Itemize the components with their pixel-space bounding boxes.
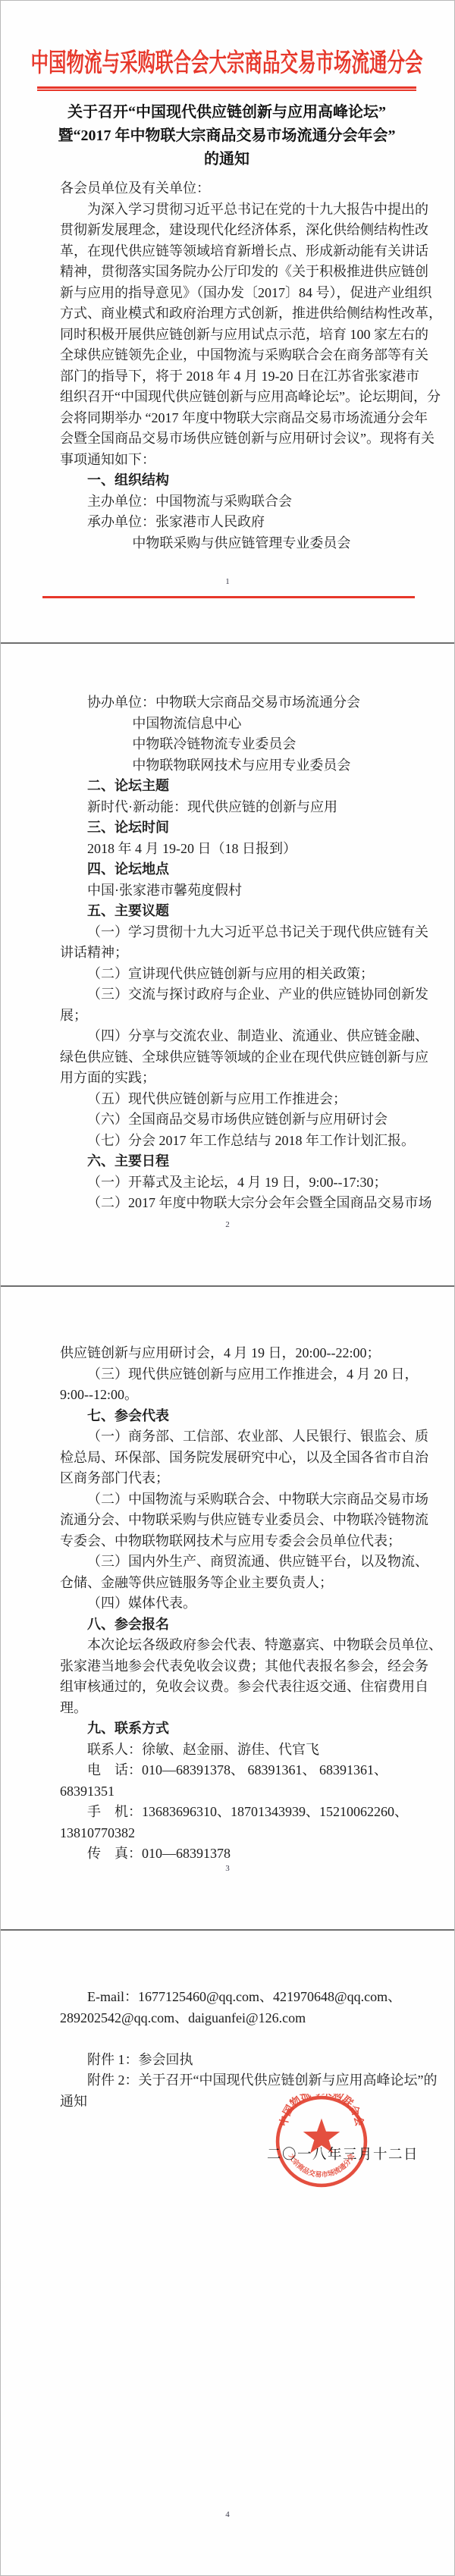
text-line: 区商务部门代表； — [60, 1468, 394, 1489]
issue-date: 二〇一八年三月十二日 — [267, 2144, 419, 2163]
page-number: 2 — [1, 1220, 454, 1229]
text-line: 讲话精神； — [60, 943, 394, 964]
notice-title-line: 暨“2017 年中物联大宗商品交易市场流通分会年会” — [27, 124, 427, 148]
text-line: 为深入学习贯彻习近平总书记在党的十九大报告中提出的 — [60, 199, 394, 221]
notice-title: 关于召开“中国现代供应链创新与应用高峰论坛” 暨“2017 年中物联大宗商品交易… — [60, 101, 394, 171]
text-line: 新时代·新动能：现代供应链的创新与应用 — [60, 797, 394, 818]
salutation: 各会员单位及有关单位： — [60, 178, 394, 199]
text-line: （一）商务部、工信部、农业部、人民银行、银监会、质 — [60, 1426, 394, 1448]
text-line: （一）学习贯彻十九大习近平总书记关于现代供应链有关 — [60, 922, 394, 943]
page-number: 3 — [1, 1864, 454, 1873]
text-line: 用方面的实践； — [60, 1068, 394, 1089]
text-line: 中物联采购与供应链管理专业委员会 — [60, 533, 394, 554]
text-line: （三）交流与探讨政府与企业、产业的供应链协同创新发 — [60, 984, 394, 1006]
page-2: 协办单位：中物联大宗商品交易市场流通分会 中国物流信息中心 中物联冷链物流专业委… — [1, 644, 454, 1285]
contact-person-line: 联系人：徐敏、赵金丽、游佳、代官飞 — [60, 1740, 394, 1761]
page-number: 1 — [1, 577, 454, 586]
section-heading: 五、主要议题 — [60, 901, 394, 922]
text-line: 9:00--12:00。 — [60, 1385, 394, 1406]
section-heading: 三、论坛时间 — [60, 817, 394, 839]
text-line: 展； — [60, 1006, 394, 1027]
text-line: 供应链创新与应用研讨会，4 月 19 日，20:00--22:00； — [60, 1343, 394, 1364]
text-line: （三）国内外生产、商贸流通、供应链平台，以及物流、 — [60, 1552, 394, 1573]
text-line: 本次论坛各级政府参会代表、特邀嘉宾、中物联会员单位、 — [60, 1635, 394, 1656]
page-4: E-mail：1677125460@qq.com、421970648@qq.co… — [1, 1931, 454, 2575]
section-heading: 一、组织结构 — [60, 470, 394, 491]
mobile-line: 手 机：13683696310、18701343939、15210062260、 — [60, 1802, 394, 1823]
letterhead-divider — [37, 86, 416, 91]
text-line: 检总局、环保部、国务院发展研究中心，以及全国各省市自治 — [60, 1448, 394, 1469]
section-heading: 二、论坛主题 — [60, 776, 394, 797]
text-line: 组审核通过的，免收会议费。参会代表往返交通、住宿费用自 — [60, 1677, 394, 1698]
text-line: 仓储、金融等供应链服务等企业主要负责人； — [60, 1573, 394, 1594]
attachment-line: 附件 2：关于召开“中国现代供应链创新与应用高峰论坛”的 — [60, 2070, 394, 2091]
text-line: （一）开幕式及主论坛，4 月 19 日，9:00--17:30； — [60, 1172, 394, 1194]
text-line: （四）媒体代表。 — [60, 1593, 394, 1614]
text-line: 会将同期举办 “2017 年度中物联大宗商品交易市场流通分会年 — [60, 408, 394, 429]
text-line: （七）分会 2017 年工作总结与 2018 年工作计划汇报。 — [60, 1131, 394, 1152]
section-heading: 九、联系方式 — [60, 1718, 394, 1740]
text-line: 革，在现代供应链等领域培育新增长点、形成新动能有关讲话 — [60, 241, 394, 262]
text-line: 理。 — [60, 1698, 394, 1719]
email-line: E-mail：1677125460@qq.com、421970648@qq.co… — [60, 1987, 394, 2008]
text-line: （二）中国物流与采购联合会、中物联大宗商品交易市场 — [60, 1489, 394, 1511]
text-line: 新与应用的指导意见》（国办发〔2017〕84 号），促进产业组织 — [60, 283, 394, 304]
text-line: 中物联冷链物流专业委员会 — [60, 734, 394, 755]
section-heading: 四、论坛地点 — [60, 859, 394, 880]
text-line: 中国·张家港市馨苑度假村 — [60, 880, 394, 902]
page-3: 供应链创新与应用研讨会，4 月 19 日，20:00--22:00； （三）现代… — [1, 1287, 454, 1929]
notice-title-line: 关于召开“中国现代供应链创新与应用高峰论坛” — [27, 101, 427, 124]
notice-title-line: 的通知 — [27, 148, 427, 171]
text-line: （二）2017 年度中物联大宗分会年会暨全国商品交易市场 — [60, 1193, 394, 1214]
scanned-notice-document: 中国物流与采购联合会大宗商品交易市场流通分会 关于召开“中国现代供应链创新与应用… — [0, 0, 455, 2576]
text-line: （四）分享与交流农业、制造业、流通业、供应链金融、 — [60, 1026, 394, 1047]
text-line: 组织召开“中国现代供应链创新与应用高峰论坛”。论坛期间，分 — [60, 387, 394, 408]
letterhead-org-title: 中国物流与采购联合会大宗商品交易市场流通分会 — [25, 45, 428, 82]
section-heading: 八、参会报名 — [60, 1614, 394, 1636]
letterhead-footer-rule — [42, 596, 415, 598]
text-line: 会暨全国商品交易市场供应链创新与应用研讨会议”。现将有关 — [60, 428, 394, 450]
text-line: 中国物流信息中心 — [60, 714, 394, 735]
text-line: 部门的指导下，将于 2018 年 4 月 19-20 日在江苏省张家港市 — [60, 366, 394, 387]
text-line: 方式、商业模式和政府治理方式创新，推进供给侧结构性改革， — [60, 303, 394, 325]
email-line: 289202542@qq.com、daiguanfei@126.com — [60, 2008, 394, 2029]
section-heading: 六、主要日程 — [60, 1151, 394, 1172]
text-line: 2018 年 4 月 19-20 日（18 日报到） — [60, 839, 394, 860]
text-line: 主办单位：中国物流与采购联合会 — [60, 491, 394, 513]
phone-line: 电 话：010—68391378、 68391361、 68391361、 — [60, 1760, 394, 1781]
text-line: （二）宣讲现代供应链创新与应用的相关政策； — [60, 964, 394, 985]
text-line: （三）现代供应链创新与应用工作推进会，4 月 20 日， — [60, 1364, 394, 1385]
text-line: 张家港当地参会代表免收会议费；其他代表报名参会，经会务 — [60, 1656, 394, 1677]
text-line: 绿色供应链、全球供应链等领域的企业在现代供应链创新与应 — [60, 1047, 394, 1068]
text-line: 流通分会、中物联采购与供应链专业委员会、中物联冷链物流 — [60, 1510, 394, 1531]
text-line: （六）全国商品交易市场供应链创新与应用研讨会 — [60, 1109, 394, 1131]
page-1: 中国物流与采购联合会大宗商品交易市场流通分会 关于召开“中国现代供应链创新与应用… — [1, 1, 454, 642]
section-heading: 七、参会代表 — [60, 1406, 394, 1427]
text-line: （五）现代供应链创新与应用工作推进会； — [60, 1089, 394, 1110]
phone-line: 68391351 — [60, 1781, 394, 1803]
text-line: 同时积极开展供应链创新与应用试点示范，培育 100 家左右的 — [60, 325, 394, 346]
text-line: 全球供应链领先企业，中国物流与采购联合会在商务部等有关 — [60, 345, 394, 366]
text-line: 贯彻新发展理念，建设现代化经济体系，深化供给侧结构性改 — [60, 220, 394, 241]
mobile-line: 13810770382 — [60, 1823, 394, 1844]
blank-line — [60, 2028, 394, 2050]
attachment-line: 附件 1：参会回执 — [60, 2050, 394, 2071]
page-number: 4 — [1, 2510, 454, 2519]
text-line: 承办单位：张家港市人民政府 — [60, 512, 394, 533]
fax-line: 传 真：010—68391378 — [60, 1843, 394, 1865]
text-line: 事项通知如下： — [60, 450, 394, 471]
text-line: 中物联物联网技术与应用专业委员会 — [60, 755, 394, 777]
text-line: 协办单位：中物联大宗商品交易市场流通分会 — [60, 692, 394, 714]
official-seal: 中国物流与采购联合会 大宗商品交易市场流通分会 — [274, 2094, 369, 2189]
page-1-body: 各会员单位及有关单位： 为深入学习贯彻习近平总书记在党的十九大报告中提出的 贯彻… — [60, 178, 394, 554]
text-line: 专委会、中物联物联网技术与应用专委会会员单位代表； — [60, 1531, 394, 1552]
text-line: 精神，贯彻落实国务院办公厅印发的《关于积极推进供应链创 — [60, 262, 394, 283]
